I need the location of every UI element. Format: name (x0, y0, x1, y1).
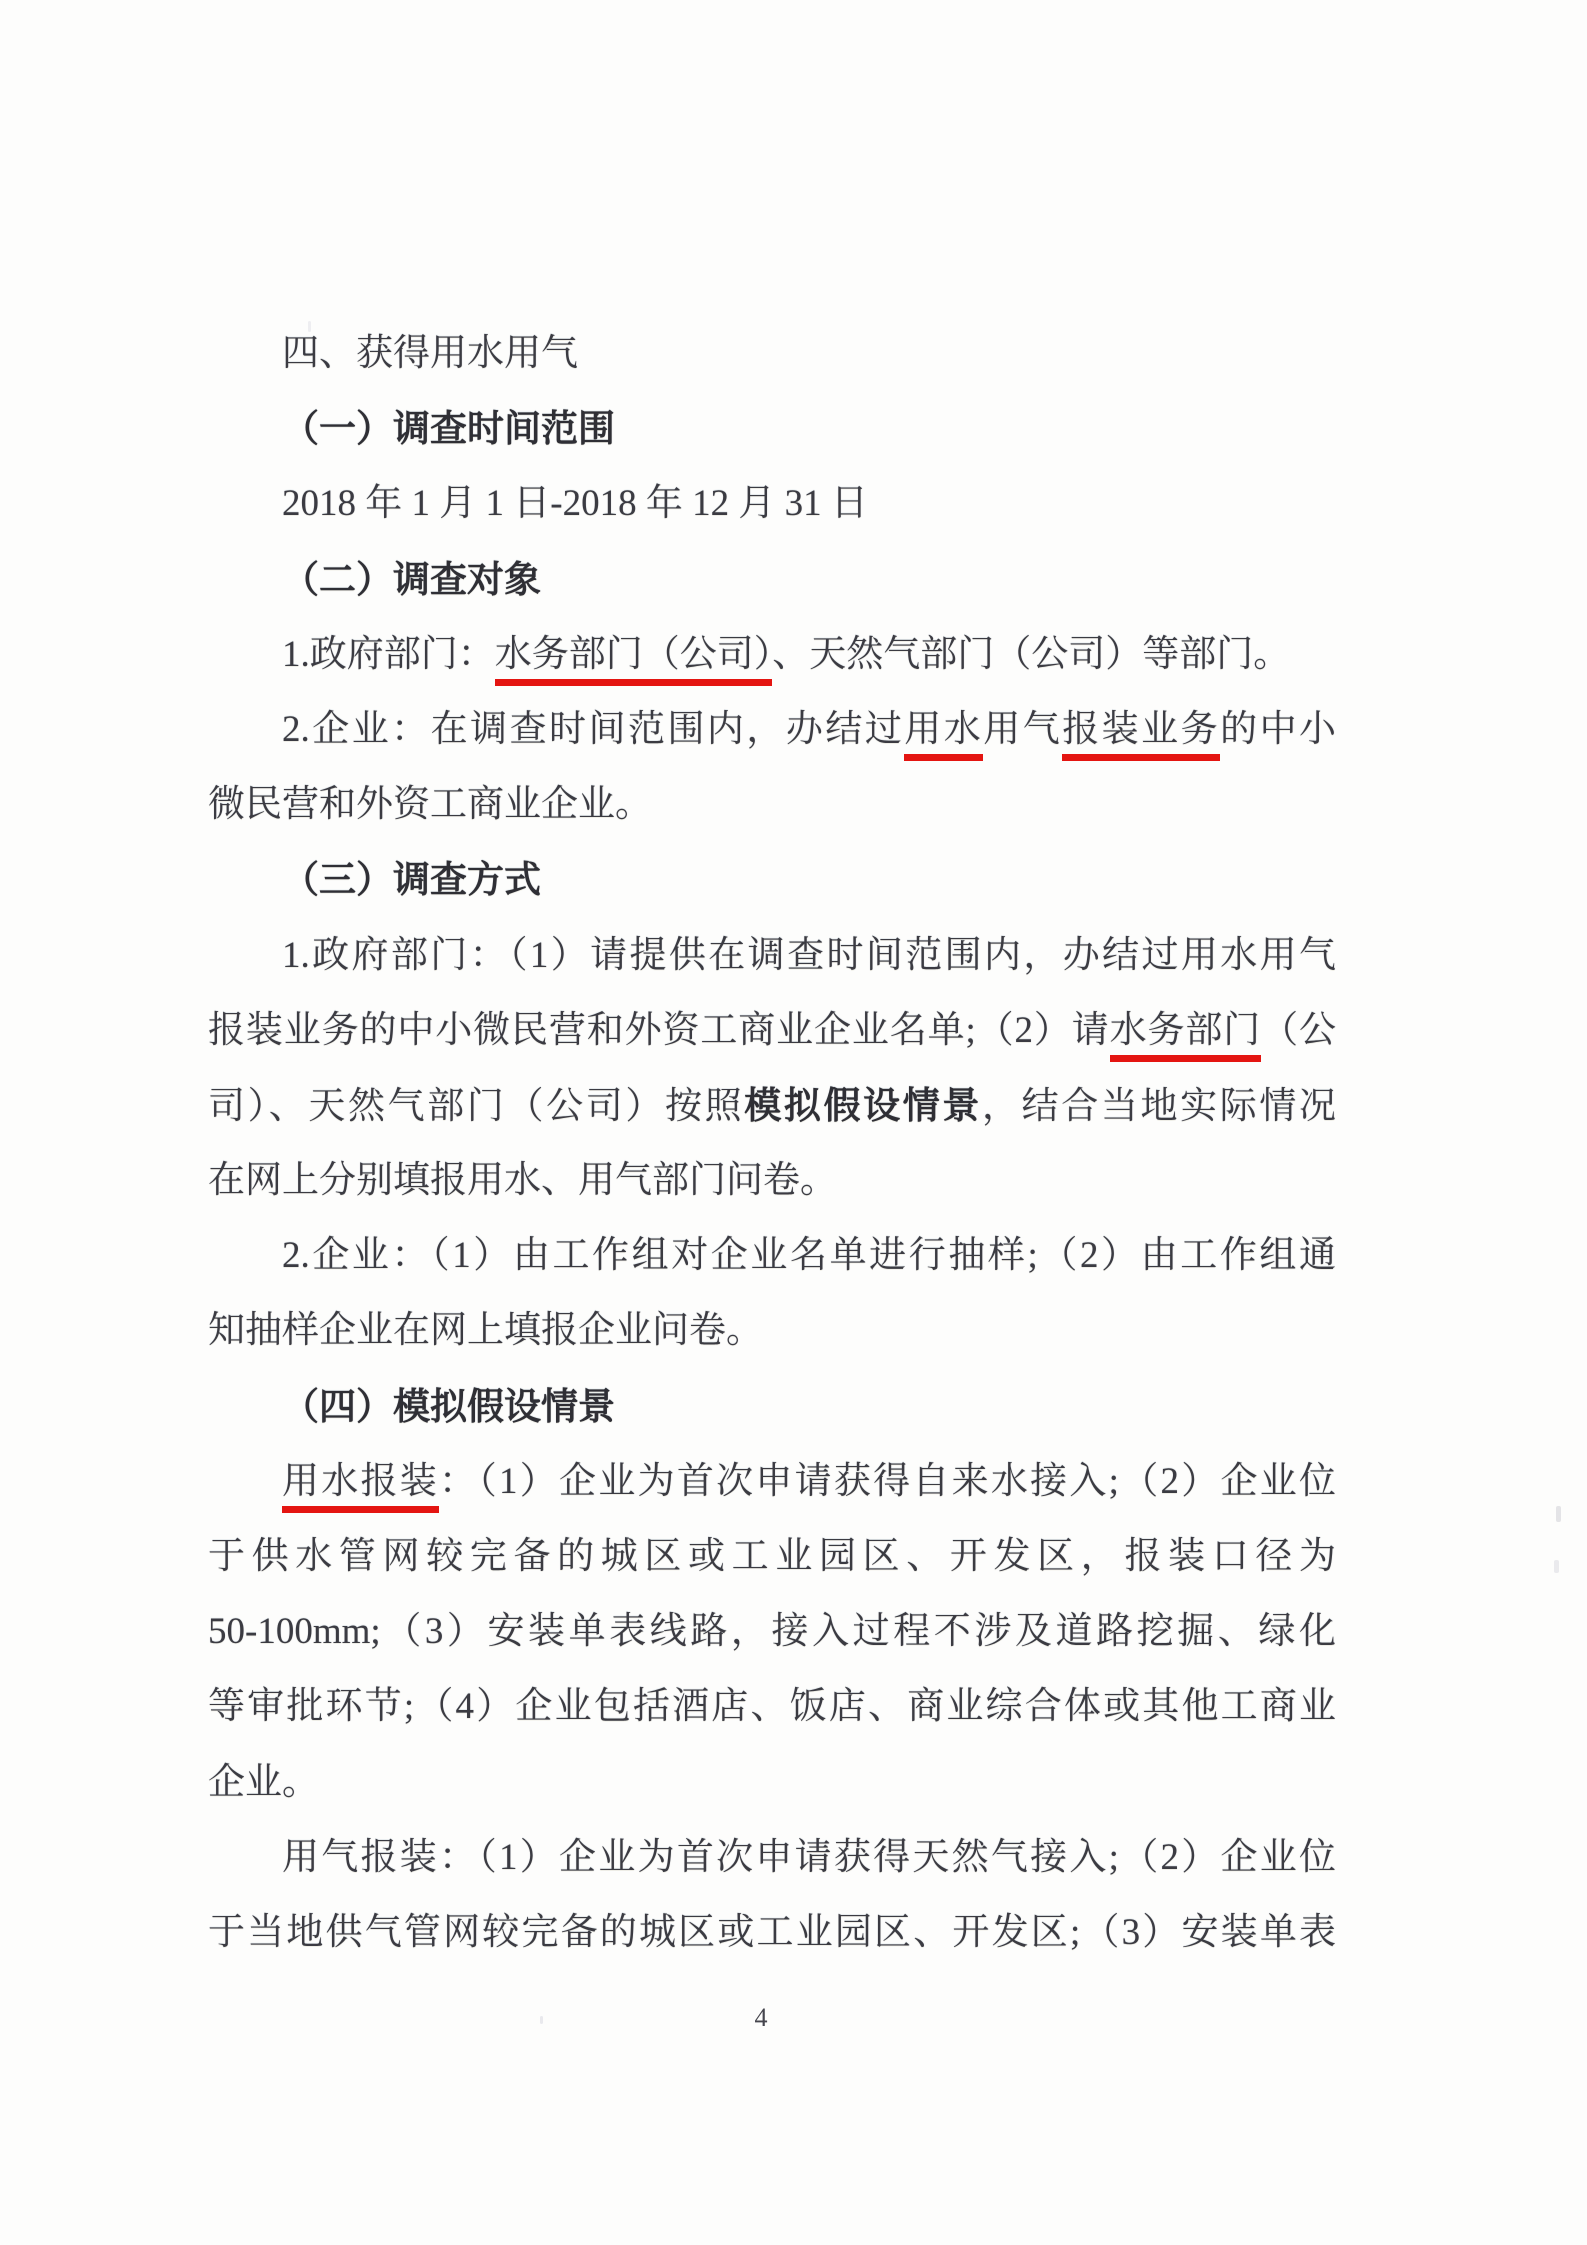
text-line: 等审批环节;（4）企业包括酒店、饭店、商业综合体或其他工商业 (208, 1669, 1336, 1744)
text-line: 2.企业：在调查时间范围内，办结过用水用气报装业务的中小 (208, 692, 1336, 767)
bold-text: （四）模拟假设情景 (282, 1386, 615, 1427)
text-segment: 企业。 (208, 1762, 319, 1803)
section-heading: （一）调查时间范围 (208, 391, 1336, 466)
text-segment: 50-100mm;（3）安装单表线路，接入过程不涉及道路挖掘、绿化 (208, 1611, 1336, 1652)
text-line: 企业。 (208, 1745, 1336, 1820)
text-line: 用气报装：（1）企业为首次申请获得天然气接入;（2）企业位 (208, 1820, 1336, 1895)
red-underlined-text: 用水 (904, 709, 983, 761)
bold-text: （三）调查方式 (282, 859, 541, 900)
text-segment: （公 (1261, 1010, 1336, 1051)
text-line: 于当地供气管网较完备的城区或工业园区、开发区;（3）安装单表 (208, 1895, 1336, 1970)
page-number: 4 (208, 1998, 1314, 2038)
scan-artifact (540, 2016, 543, 2024)
text-segment: 于供水管网较完备的城区或工业园区、开发区，报装口径为 (208, 1536, 1336, 1577)
text-segment: 、天然气部门（公司）等部门。 (772, 634, 1290, 675)
text-segment: 1.政府部门： (282, 634, 495, 675)
text-segment: 的中小 (1220, 709, 1336, 750)
text-line: 2018 年 1 月 1 日-2018 年 12 月 31 日 (208, 466, 1336, 541)
text-line: 1.政府部门：（1）请提供在调查时间范围内，办结过用水用气 (208, 918, 1336, 993)
red-underlined-text: 水务部门（公司） (495, 634, 773, 686)
text-line: 用水报装：（1）企业为首次申请获得自来水接入;（2）企业位 (208, 1444, 1336, 1519)
text-line: 50-100mm;（3）安装单表线路，接入过程不涉及道路挖掘、绿化 (208, 1594, 1336, 1669)
text-segment: 用气 (983, 709, 1062, 750)
bold-text: （一）调查时间范围 (282, 408, 615, 449)
text-line: 报装业务的中小微民营和外资工商业企业名单;（2）请水务部门（公 (208, 993, 1336, 1068)
text-segment: ：（1）企业为首次申请获得自来水接入;（2）企业位 (439, 1461, 1336, 1502)
scan-artifact (1556, 1506, 1561, 1522)
text-segment: 用气报装：（1）企业为首次申请获得天然气接入;（2）企业位 (282, 1837, 1336, 1878)
red-underlined-text: 报装业务 (1062, 709, 1220, 761)
text-line: 四、获得用水用气 (208, 316, 1336, 391)
text-line: 2.企业：（1）由工作组对企业名单进行抽样;（2）由工作组通 (208, 1218, 1336, 1293)
text-segment: 2.企业：在调查时间范围内，办结过 (282, 709, 904, 750)
scanned-document-page: 四、获得用水用气（一）调查时间范围2018 年 1 月 1 日-2018 年 1… (0, 0, 1587, 2245)
section-heading: （四）模拟假设情景 (208, 1369, 1336, 1444)
bold-text: （二）调查对象 (282, 559, 541, 600)
text-line: 于供水管网较完备的城区或工业园区、开发区，报装口径为 (208, 1519, 1336, 1594)
text-segment: 2.企业：（1）由工作组对企业名单进行抽样;（2）由工作组通 (282, 1235, 1336, 1276)
text-line: 1.政府部门：水务部门（公司）、天然气部门（公司）等部门。 (208, 617, 1336, 692)
text-line: 在网上分别填报用水、用气部门问卷。 (208, 1143, 1336, 1218)
document-body: 四、获得用水用气（一）调查时间范围2018 年 1 月 1 日-2018 年 1… (208, 316, 1336, 1970)
red-underlined-text: 水务部门 (1110, 1010, 1262, 1062)
text-segment: ，结合当地实际情况 (982, 1086, 1336, 1127)
text-line: 知抽样企业在网上填报企业问卷。 (208, 1293, 1336, 1368)
text-segment: 等审批环节;（4）企业包括酒店、饭店、商业综合体或其他工商业 (208, 1686, 1336, 1727)
text-segment: 于当地供气管网较完备的城区或工业园区、开发区;（3）安装单表 (208, 1912, 1336, 1953)
text-segment: 四、获得用水用气 (282, 333, 578, 374)
text-segment: 2018 年 1 月 1 日-2018 年 12 月 31 日 (282, 483, 868, 524)
text-line: 司）、天然气部门（公司）按照模拟假设情景，结合当地实际情况 (208, 1068, 1336, 1143)
text-segment: 1.政府部门：（1）请提供在调查时间范围内，办结过用水用气 (282, 935, 1336, 976)
bold-text: 模拟假设情景 (744, 1085, 982, 1126)
text-line: 微民营和外资工商业企业。 (208, 767, 1336, 842)
text-segment: 知抽样企业在网上填报企业问卷。 (208, 1310, 763, 1351)
red-underlined-text: 用水报装 (282, 1461, 439, 1513)
scan-artifact (308, 321, 311, 332)
section-heading: （二）调查对象 (208, 542, 1336, 617)
text-segment: 在网上分别填报用水、用气部门问卷。 (208, 1160, 837, 1201)
text-segment: 司）、天然气部门（公司）按照 (208, 1086, 744, 1127)
section-heading: （三）调查方式 (208, 842, 1336, 917)
scan-artifact (1554, 1560, 1559, 1573)
text-segment: 微民营和外资工商业企业。 (208, 784, 652, 825)
text-segment: 报装业务的中小微民营和外资工商业企业名单;（2）请 (208, 1010, 1110, 1051)
